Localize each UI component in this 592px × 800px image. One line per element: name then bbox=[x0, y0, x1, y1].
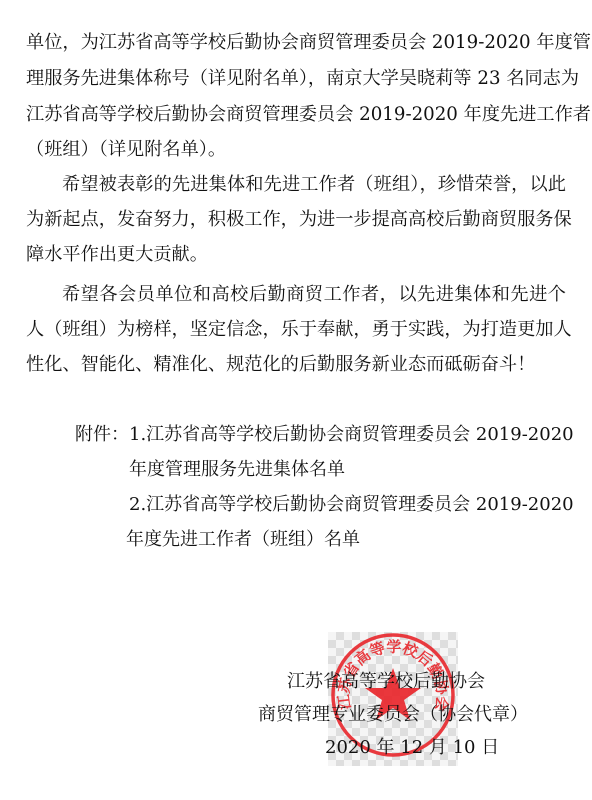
paragraph-2-line-2: 为新起点，发奋努力，积极工作，为进一步提高高校后勤商贸服务保 bbox=[26, 209, 566, 231]
paragraph-3-line-2: 人（班组）为榜样，坚定信念，乐于奉献，勇于实践，为打造更加人 bbox=[26, 319, 566, 341]
paragraph-1-line-4: （班组）（详见附名单）。 bbox=[26, 139, 566, 161]
attachment-1-line-2: 年度管理服务先进集体名单 bbox=[129, 459, 345, 481]
paragraph-1-line-3: 江苏省高等学校后勤协会商贸管理委员会 2019-2020 年度先进工作者 bbox=[26, 104, 566, 126]
signature-committee: 商贸管理专业委员会（协会代章） bbox=[258, 704, 528, 726]
attachments-label: 附件： bbox=[75, 424, 129, 446]
attachment-2-line-2: 年度先进工作者（班组）名单 bbox=[126, 529, 360, 551]
paragraph-3-line-1: 希望各会员单位和高校后勤商贸工作者，以先进集体和先进个 bbox=[62, 284, 566, 306]
attachment-1-line-1: 1.江苏省高等学校后勤协会商贸管理委员会 2019-2020 bbox=[129, 424, 574, 446]
signature-org: 江苏省高等学校后勤协会 bbox=[287, 671, 485, 693]
signature-date: 2020 年 12 月 10 日 bbox=[325, 737, 499, 759]
paragraph-3-line-3: 性化、智能化、精准化、规范化的后勤服务新业态而砥砺奋斗！ bbox=[26, 354, 566, 376]
paragraph-2-line-1: 希望被表彰的先进集体和先进工作者（班组），珍惜荣誉，以此 bbox=[62, 174, 566, 196]
paragraph-2-line-3: 障水平作出更大贡献。 bbox=[26, 244, 566, 266]
attachment-2-line-1: 2.江苏省高等学校后勤协会商贸管理委员会 2019-2020 bbox=[129, 494, 574, 516]
paragraph-1-line-1: 单位，为江苏省高等学校后勤协会商贸管理委员会 2019-2020 年度管 bbox=[26, 32, 566, 54]
paragraph-1-line-2: 理服务先进集体称号（详见附名单），南京大学吴晓莉等 23 名同志为 bbox=[26, 68, 566, 90]
